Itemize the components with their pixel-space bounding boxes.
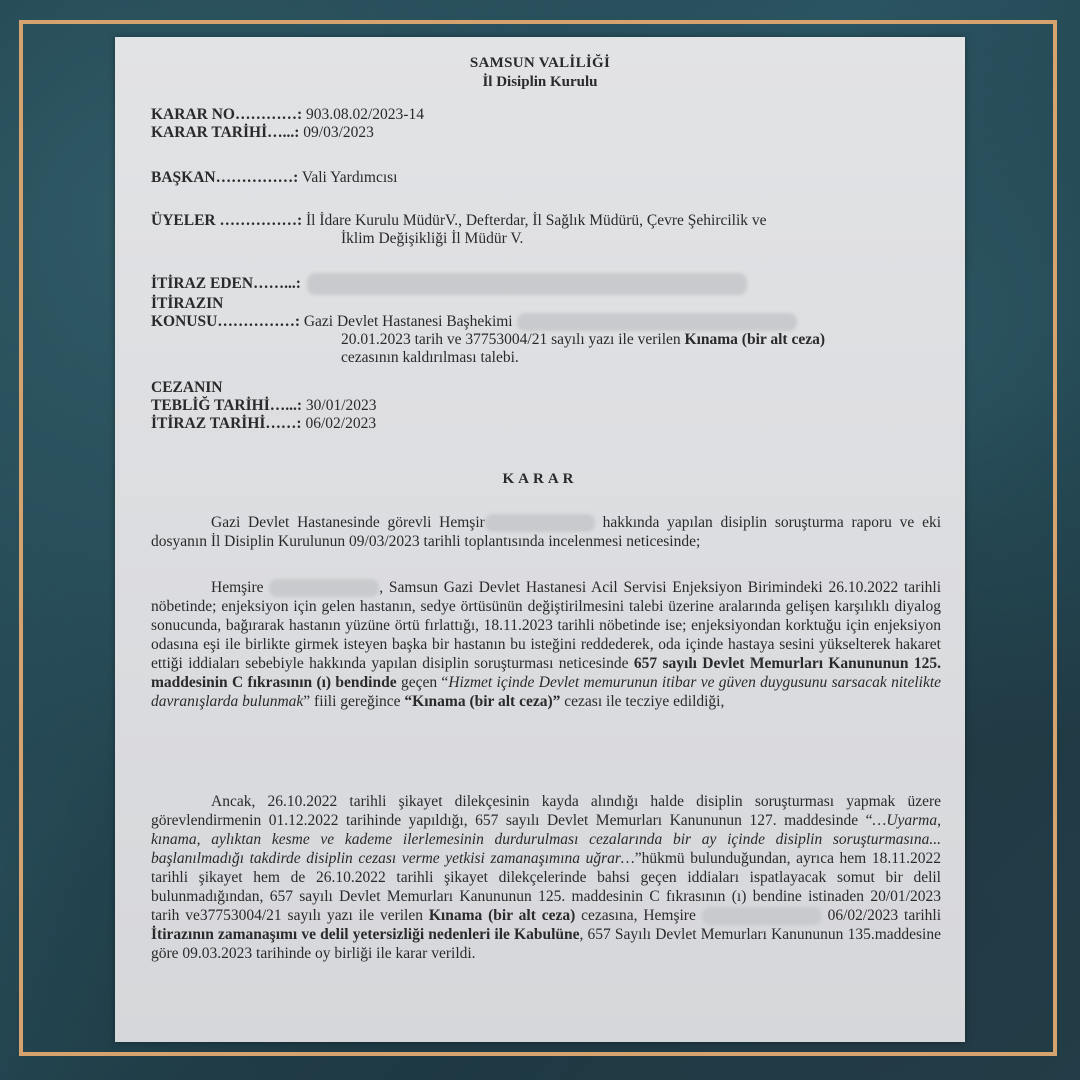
konusu-value-1: Gazi Devlet Hastanesi Başhekimi bbox=[304, 313, 513, 330]
teblig-label: TEBLİĞ TARİHİ…...: bbox=[151, 397, 302, 415]
p2-text-d: geçen “ bbox=[401, 674, 448, 691]
paragraph-3: Ancak, 26.10.2022 tarihli şikayet dilekç… bbox=[151, 792, 941, 963]
konusu-penalty: Kınama (bir alt ceza) bbox=[685, 331, 825, 348]
karar-no-value: 903.08.02/2023-14 bbox=[306, 106, 424, 123]
p3-text-a: Ancak, 26.10.2022 tarihli şikayet dilekç… bbox=[151, 793, 941, 829]
paragraph-2: Hemşire , Samsun Gazi Devlet Hastanesi A… bbox=[151, 578, 941, 711]
konusu-label: KONUSU……………: bbox=[151, 313, 300, 331]
cezanin-label: CEZANIN bbox=[151, 379, 222, 397]
itiraz-tarihi-value: 06/02/2023 bbox=[305, 415, 376, 432]
redacted-name bbox=[269, 579, 379, 597]
konusu-value-3: cezasının kaldırılması talebi. bbox=[151, 349, 825, 367]
p3-text-e: cezasına, Hemşire bbox=[581, 907, 696, 924]
itiraz-tarihi-label: İTİRAZ TARİHİ……: bbox=[151, 415, 302, 433]
document-page: SAMSUN VALİLİĞİ İl Disiplin Kurulu KARAR… bbox=[115, 37, 965, 1042]
p2-text-f: ” fiili gereğince bbox=[303, 693, 400, 710]
uyeler-row: ÜYELER ……………: İl İdare Kurulu MüdürV., D… bbox=[151, 212, 767, 248]
itirazin-label: İTİRAZIN bbox=[151, 295, 223, 313]
document-header: SAMSUN VALİLİĞİ İl Disiplin Kurulu bbox=[115, 37, 965, 92]
paragraph-1: Gazi Devlet Hastanesinde görevli Hemşir … bbox=[151, 513, 941, 551]
itiraz-block: İTİRAZ EDEN……...: İTİRAZIN KONUSU……………: … bbox=[151, 273, 825, 367]
decision-info: KARAR NO…………: 903.08.02/2023-14 KARAR TA… bbox=[151, 106, 424, 142]
p2-penalty: “Kınama (bir alt ceza)” bbox=[404, 693, 560, 710]
p1-text-a: Gazi Devlet Hastanesinde görevli Hemşir bbox=[211, 514, 485, 531]
uyeler-label: ÜYELER ……………: bbox=[151, 212, 302, 230]
karar-tarihi-value: 09/03/2023 bbox=[303, 124, 374, 141]
org-title: SAMSUN VALİLİĞİ bbox=[115, 54, 965, 73]
karar-tarihi-row: KARAR TARİHİ…...: 09/03/2023 bbox=[151, 124, 424, 142]
org-subtitle: İl Disiplin Kurulu bbox=[115, 73, 965, 92]
karar-heading: KARAR bbox=[115, 471, 965, 488]
redacted-name bbox=[307, 273, 747, 295]
uyeler-value-1: İl İdare Kurulu MüdürV., Defterdar, İl S… bbox=[306, 212, 767, 229]
konusu-value-2: 20.01.2023 tarih ve 37753004/21 sayılı y… bbox=[341, 331, 681, 348]
itiraz-eden-label: İTİRAZ EDEN……...: bbox=[151, 275, 301, 293]
p2-text-a: Hemşire bbox=[211, 579, 264, 596]
baskan-label: BAŞKAN……………: bbox=[151, 169, 298, 187]
teblig-tarihi-value: 30/01/2023 bbox=[306, 397, 377, 414]
p3-penalty: Kınama (bir alt ceza) bbox=[429, 907, 575, 924]
dates-block: CEZANIN TEBLİĞ TARİHİ…...: 30/01/2023 İT… bbox=[151, 379, 377, 433]
redacted-name bbox=[485, 514, 595, 532]
karar-tarihi-label: KARAR TARİHİ…...: bbox=[151, 124, 299, 142]
karar-no-row: KARAR NO…………: 903.08.02/2023-14 bbox=[151, 106, 424, 124]
baskan-row: BAŞKAN……………: Vali Yardımcısı bbox=[151, 169, 397, 187]
redacted-name bbox=[517, 313, 797, 331]
baskan-value: Vali Yardımcısı bbox=[302, 169, 398, 186]
p3-text-f: 06/02/2023 tarihli bbox=[828, 907, 941, 924]
karar-no-label: KARAR NO…………: bbox=[151, 106, 302, 124]
uyeler-value-2: İklim Değişikliği İl Müdür V. bbox=[151, 230, 767, 248]
redacted-name bbox=[702, 907, 822, 925]
p2-text-h: cezası ile tecziye edildiği, bbox=[564, 693, 724, 710]
p3-decision: İtirazının zamanaşımı ve delil yetersizl… bbox=[151, 926, 580, 943]
